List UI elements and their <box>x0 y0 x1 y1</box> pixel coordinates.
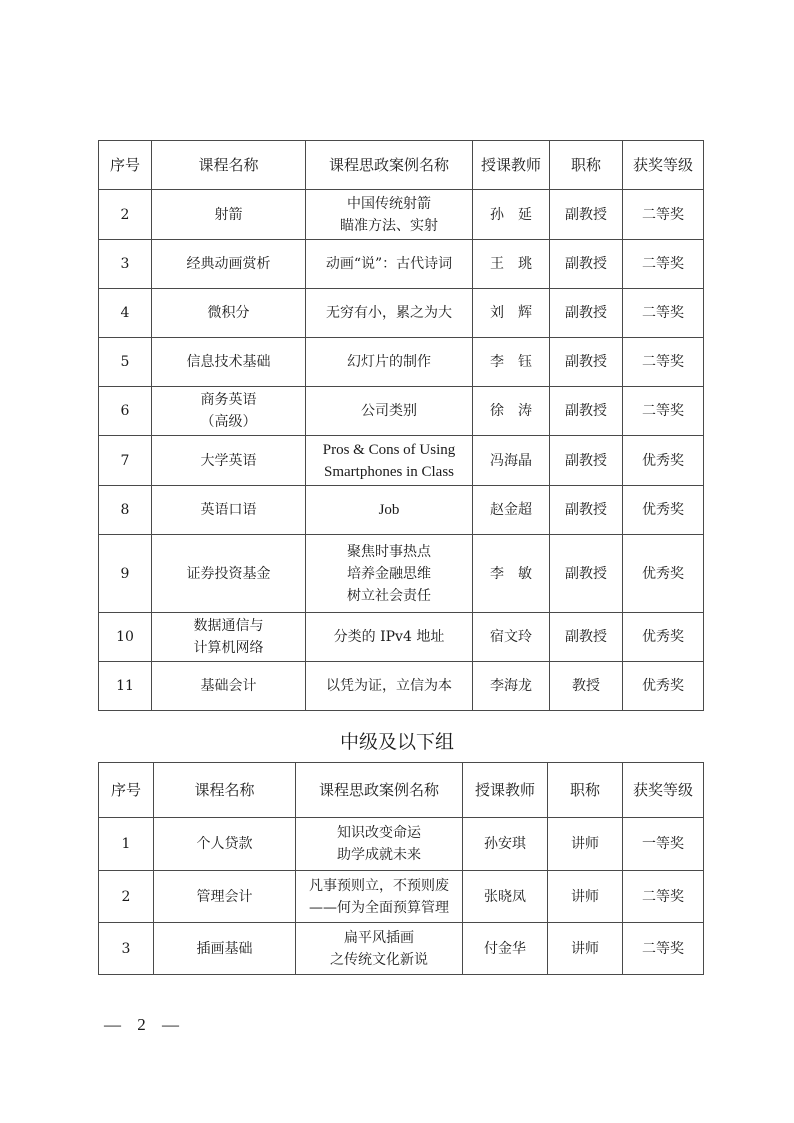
cell-case: Pros & Cons of UsingSmartphones in Class <box>306 436 473 486</box>
cell-title: 副教授 <box>550 436 623 486</box>
cell-seq: 11 <box>99 662 152 711</box>
cell-case: 中国传统射箭瞄准方法、实射 <box>306 190 473 240</box>
cell-course: 商务英语（高级） <box>152 387 306 436</box>
cell-teacher: 王 珧 <box>473 240 550 289</box>
header-award: 获奖等级 <box>623 141 704 190</box>
cell-title: 讲师 <box>548 923 623 975</box>
table-row: 4 微积分 无穷有小，累之为大 刘 辉 副教授 二等奖 <box>99 289 704 338</box>
cell-seq: 6 <box>99 387 152 436</box>
cell-course: 证券投资基金 <box>152 535 306 613</box>
header-teacher: 授课教师 <box>473 141 550 190</box>
table-row: 7 大学英语 Pros & Cons of UsingSmartphones i… <box>99 436 704 486</box>
cell-award: 二等奖 <box>623 923 704 975</box>
cell-title: 副教授 <box>550 613 623 662</box>
cell-title: 副教授 <box>550 240 623 289</box>
cell-case: 幻灯片的制作 <box>306 338 473 387</box>
cell-case: Job <box>306 486 473 535</box>
cell-title: 讲师 <box>548 818 623 871</box>
cell-teacher: 冯海晶 <box>473 436 550 486</box>
cell-title: 副教授 <box>550 486 623 535</box>
cell-course: 数据通信与计算机网络 <box>152 613 306 662</box>
table-row: 11 基础会计 以凭为证，立信为本 李海龙 教授 优秀奖 <box>99 662 704 711</box>
cell-course: 信息技术基础 <box>152 338 306 387</box>
table-row: 1 个人贷款 知识改变命运助学成就未来 孙安琪 讲师 一等奖 <box>99 818 704 871</box>
table-row: 5 信息技术基础 幻灯片的制作 李 钰 副教授 二等奖 <box>99 338 704 387</box>
cell-teacher: 孙安琪 <box>463 818 548 871</box>
cell-award: 优秀奖 <box>623 662 704 711</box>
cell-teacher: 孙 延 <box>473 190 550 240</box>
cell-award: 优秀奖 <box>623 535 704 613</box>
cell-course: 射箭 <box>152 190 306 240</box>
cell-course: 插画基础 <box>154 923 296 975</box>
cell-case: 公司类别 <box>306 387 473 436</box>
cell-case: 无穷有小，累之为大 <box>306 289 473 338</box>
cell-seq: 4 <box>99 289 152 338</box>
table-row: 8 英语口语 Job 赵金超 副教授 优秀奖 <box>99 486 704 535</box>
cell-seq: 10 <box>99 613 152 662</box>
header-seq: 序号 <box>99 141 152 190</box>
cell-teacher: 张晓凤 <box>463 871 548 923</box>
table-row: 6 商务英语（高级） 公司类别 徐 涛 副教授 二等奖 <box>99 387 704 436</box>
cell-award: 优秀奖 <box>623 436 704 486</box>
table-row: 2 管理会计 凡事预则立，不预则废——何为全面预算管理 张晓凤 讲师 二等奖 <box>99 871 704 923</box>
header-award: 获奖等级 <box>623 763 704 818</box>
cell-case: 聚焦时事热点培养金融思维树立社会责任 <box>306 535 473 613</box>
cell-course: 个人贷款 <box>154 818 296 871</box>
header-course: 课程名称 <box>152 141 306 190</box>
cell-case: 以凭为证，立信为本 <box>306 662 473 711</box>
cell-seq: 9 <box>99 535 152 613</box>
cell-course: 经典动画赏析 <box>152 240 306 289</box>
header-case: 课程思政案例名称 <box>296 763 463 818</box>
table-row: 9 证券投资基金 聚焦时事热点培养金融思维树立社会责任 李 敏 副教授 优秀奖 <box>99 535 704 613</box>
page-number: — 2 — <box>104 1013 185 1037</box>
cell-teacher: 付金华 <box>463 923 548 975</box>
cell-course: 大学英语 <box>152 436 306 486</box>
cell-course: 管理会计 <box>154 871 296 923</box>
cell-teacher: 刘 辉 <box>473 289 550 338</box>
cell-award: 优秀奖 <box>623 486 704 535</box>
table-row: 2 射箭 中国传统射箭瞄准方法、实射 孙 延 副教授 二等奖 <box>99 190 704 240</box>
cell-award: 二等奖 <box>623 190 704 240</box>
cell-award: 二等奖 <box>623 240 704 289</box>
cell-award: 二等奖 <box>623 871 704 923</box>
cell-teacher: 李 敏 <box>473 535 550 613</box>
cell-seq: 5 <box>99 338 152 387</box>
cell-award: 优秀奖 <box>623 613 704 662</box>
cell-course: 基础会计 <box>152 662 306 711</box>
cell-title: 副教授 <box>550 190 623 240</box>
header-title: 职称 <box>548 763 623 818</box>
cell-case: 知识改变命运助学成就未来 <box>296 818 463 871</box>
cell-title: 副教授 <box>550 535 623 613</box>
cell-case: 动画“说”：古代诗词 <box>306 240 473 289</box>
section-title-intermediate: 中级及以下组 <box>0 728 794 756</box>
cell-seq: 3 <box>99 923 154 975</box>
award-table-intermediate: 序号 课程名称 课程思政案例名称 授课教师 职称 获奖等级 1 个人贷款 知识改… <box>98 762 704 975</box>
cell-teacher: 李海龙 <box>473 662 550 711</box>
cell-title: 讲师 <box>548 871 623 923</box>
cell-seq: 2 <box>99 190 152 240</box>
table-row: 3 插画基础 扁平风插画之传统文化新说 付金华 讲师 二等奖 <box>99 923 704 975</box>
header-course: 课程名称 <box>154 763 296 818</box>
table-row: 10 数据通信与计算机网络 分类的 IPv4 地址 宿文玲 副教授 优秀奖 <box>99 613 704 662</box>
cell-teacher: 徐 涛 <box>473 387 550 436</box>
cell-award: 二等奖 <box>623 387 704 436</box>
cell-seq: 1 <box>99 818 154 871</box>
cell-teacher: 赵金超 <box>473 486 550 535</box>
cell-teacher: 宿文玲 <box>473 613 550 662</box>
table-header-row: 序号 课程名称 课程思政案例名称 授课教师 职称 获奖等级 <box>99 141 704 190</box>
cell-seq: 7 <box>99 436 152 486</box>
cell-case: 扁平风插画之传统文化新说 <box>296 923 463 975</box>
cell-course: 微积分 <box>152 289 306 338</box>
header-seq: 序号 <box>99 763 154 818</box>
award-table-senior: 序号 课程名称 课程思政案例名称 授课教师 职称 获奖等级 2 射箭 中国传统射… <box>98 140 704 711</box>
cell-seq: 3 <box>99 240 152 289</box>
cell-title: 教授 <box>550 662 623 711</box>
header-teacher: 授课教师 <box>463 763 548 818</box>
cell-award: 二等奖 <box>623 338 704 387</box>
cell-seq: 2 <box>99 871 154 923</box>
table-row: 3 经典动画赏析 动画“说”：古代诗词 王 珧 副教授 二等奖 <box>99 240 704 289</box>
cell-case: 分类的 IPv4 地址 <box>306 613 473 662</box>
cell-award: 一等奖 <box>623 818 704 871</box>
header-title: 职称 <box>550 141 623 190</box>
cell-title: 副教授 <box>550 289 623 338</box>
header-case: 课程思政案例名称 <box>306 141 473 190</box>
table-header-row: 序号 课程名称 课程思政案例名称 授课教师 职称 获奖等级 <box>99 763 704 818</box>
cell-title: 副教授 <box>550 387 623 436</box>
cell-title: 副教授 <box>550 338 623 387</box>
cell-award: 二等奖 <box>623 289 704 338</box>
cell-seq: 8 <box>99 486 152 535</box>
cell-course: 英语口语 <box>152 486 306 535</box>
cell-case: 凡事预则立，不预则废——何为全面预算管理 <box>296 871 463 923</box>
cell-teacher: 李 钰 <box>473 338 550 387</box>
